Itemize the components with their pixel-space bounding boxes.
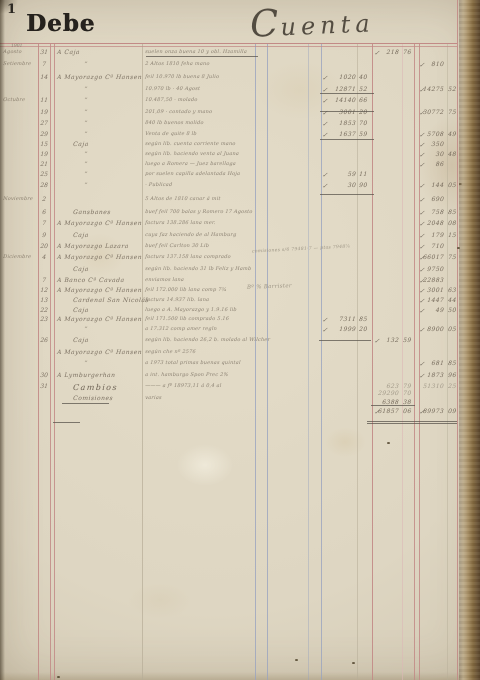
entry-description: luego a A. Mayorazgo y 1.9.16 lib bbox=[145, 307, 237, 313]
ledger-row: ”a 17.312 comp amer regln✓199920✓890005 bbox=[0, 326, 480, 337]
ledger-row: 23A Mayorazgo Cª Hansenfeil 171.500 lib … bbox=[0, 316, 480, 327]
ledger-row: 6Gansbanesbuef feil 700 balas y Romero 1… bbox=[0, 209, 480, 220]
entry-description: factura 137.158 lana comprado bbox=[145, 254, 231, 260]
entry-account: A Lymburgerhan bbox=[57, 372, 116, 379]
ink-speck bbox=[352, 662, 355, 664]
entry-account: A Mayorazgo Cª Hansen bbox=[57, 316, 142, 323]
entry-day: 19 bbox=[38, 109, 50, 116]
entry-description: según che nº 2576 bbox=[145, 349, 196, 355]
ink-underline bbox=[320, 93, 374, 94]
entry-description: a 17.312 comp amer regln bbox=[145, 326, 217, 332]
entry-day: 12 bbox=[38, 287, 50, 294]
entry-day: 7 bbox=[38, 277, 50, 284]
ledger-row: ”a 1973 total primas buenas quintal✓6818… bbox=[0, 360, 480, 371]
ledger-row: ”10.970 lb · 40 Agost✓1287152✓1427552 bbox=[0, 86, 480, 97]
ledger-row: 20A Mayorazgo Lazarabuef feil Carlton 30… bbox=[0, 243, 480, 254]
entry-account: A Mayorazgo Cª Hansen bbox=[57, 349, 142, 356]
entry-account: ” bbox=[57, 360, 115, 367]
ink-underline bbox=[320, 194, 374, 195]
entry-day: 13 bbox=[38, 297, 50, 304]
ledger-row: 30A Lymburgerhana int. hamburgo Spon Pre… bbox=[0, 372, 480, 383]
entry-day: 4 bbox=[38, 254, 50, 261]
amount-value: 3001 bbox=[280, 109, 356, 116]
amount-value: 1853 bbox=[280, 120, 356, 127]
ledger-row: 7A Mayorazgo Cª Hansenfactura 138.286 la… bbox=[0, 220, 480, 231]
entry-account: A Mayorazgo Cª Hansen bbox=[57, 287, 142, 294]
page-title-cuenta: Cuenta bbox=[249, 0, 375, 46]
entry-account: Caja bbox=[73, 141, 89, 148]
amount-value: 30772 bbox=[368, 109, 444, 116]
page-title-debe: Debe bbox=[26, 10, 95, 37]
entry-day: 11 bbox=[38, 97, 50, 104]
entry-account: Caja bbox=[73, 337, 89, 344]
amount-value: 30 bbox=[368, 151, 444, 158]
amount-value: 12871 bbox=[280, 86, 356, 93]
amount-value: 810 bbox=[368, 61, 444, 68]
entry-account: ” bbox=[57, 171, 115, 178]
ledger-row: A Mayorazgo Cª Hansensegún che nº 2576 bbox=[0, 349, 480, 360]
entry-description: luego a Romera — Juez barellaga bbox=[145, 161, 236, 167]
amount-value: 3001 bbox=[368, 287, 444, 294]
entry-description: cuya faz haciendo de al Hamburg bbox=[145, 232, 237, 238]
ink-underline bbox=[320, 139, 374, 140]
page-left-edge bbox=[0, 0, 5, 680]
amount-value: 144 bbox=[368, 182, 444, 189]
entry-description: 5 Altos de 1810 canar á mit bbox=[145, 196, 221, 202]
ledger-page: 1 Debe Cuenta 1901 Agosto31A Cajasuelen … bbox=[0, 0, 480, 680]
entry-account: Gansbanes bbox=[73, 209, 111, 216]
entry-description: feil 10.970 lb buena 8 Julio bbox=[145, 74, 219, 80]
header-rule-top bbox=[0, 43, 457, 44]
entry-description: 10.970 lb · 40 Agost bbox=[145, 86, 200, 92]
amount-value: 710 bbox=[368, 243, 444, 250]
entry-day: 25 bbox=[38, 171, 50, 178]
amount-value: 14140 bbox=[280, 97, 356, 104]
amount-value: 49 bbox=[368, 307, 444, 314]
entry-description: 840 lb buenos molido bbox=[145, 120, 204, 126]
entry-account: A Mayorazgo Cª Hansen bbox=[57, 254, 142, 261]
amount-value: 7311 bbox=[280, 316, 356, 323]
entry-month: Noviembre bbox=[3, 196, 38, 202]
entry-description: suelen onza buena 10 y obl. Hzamilla bbox=[145, 49, 247, 55]
header-rule-bottom bbox=[0, 46, 457, 47]
ledger-row: 28”· Publicad✓3090✓14405 bbox=[0, 182, 480, 193]
amount-value: 1873 bbox=[368, 372, 444, 379]
amount-value: 350 bbox=[368, 141, 444, 148]
ink-underline bbox=[53, 422, 80, 423]
amount-cents: 59 bbox=[403, 337, 415, 344]
ink-underline bbox=[320, 111, 374, 112]
entry-description: 2 Altos 1810 feha mano bbox=[145, 61, 210, 67]
entry-day: 21 bbox=[38, 161, 50, 168]
entry-account: A Banco Cª Cavada bbox=[57, 277, 125, 284]
entry-account: A Mayorazgo Cª Hansen bbox=[57, 220, 142, 227]
amount-value: 22883 bbox=[368, 277, 444, 284]
entry-day: 23 bbox=[38, 316, 50, 323]
entry-description: según lib. haciendo venta al Juana bbox=[145, 151, 239, 157]
amount-value: 690 bbox=[368, 196, 444, 203]
ledger-row: Cajasegún lib. haciendo 31 lb Feliz y Ha… bbox=[0, 266, 480, 277]
ink-underline bbox=[367, 423, 457, 424]
entry-month: Octubre bbox=[3, 97, 38, 103]
entry-day: 26 bbox=[38, 337, 50, 344]
book-fore-edge bbox=[459, 0, 480, 680]
ink-underline bbox=[367, 421, 457, 422]
ink-underline bbox=[62, 403, 109, 404]
entry-account: ” bbox=[57, 131, 115, 138]
entry-day: 15 bbox=[38, 141, 50, 148]
entry-account: ” bbox=[57, 86, 115, 93]
amount-cents: 40 bbox=[359, 74, 371, 81]
entry-day: 27 bbox=[38, 120, 50, 127]
entry-description: buef feil 700 balas y Romero 17 Agosto bbox=[145, 209, 253, 215]
entry-day: 30 bbox=[38, 372, 50, 379]
amount-value: 1999 bbox=[280, 326, 356, 333]
amount-value: 5708 bbox=[368, 131, 444, 138]
amount-cents: 70 bbox=[359, 120, 371, 127]
entry-account: A Caja bbox=[57, 49, 80, 56]
entry-day: 19 bbox=[38, 151, 50, 158]
ledger-row: 25”por suelen capilla adelantada Hoja✓59… bbox=[0, 171, 480, 182]
ink-underline bbox=[146, 56, 258, 57]
ledger-row: 14A Mayorazgo Cª Hansenfeil 10.970 lb bu… bbox=[0, 74, 480, 85]
entry-account: Caja bbox=[73, 232, 89, 239]
ledger-row: 19”201,09 · contado y mano✓300120✓307727… bbox=[0, 109, 480, 120]
amount-value: 66017 bbox=[368, 254, 444, 261]
amount-cents: 11 bbox=[359, 171, 371, 178]
entry-description: feil 172.000 lib lana comp 7¾ bbox=[145, 287, 227, 293]
amount-cents: 66 bbox=[359, 97, 371, 104]
entry-description: buef feil Carlton 30 Lib bbox=[145, 243, 209, 249]
amount-value: 59 bbox=[280, 171, 356, 178]
amount-value: 1637 bbox=[280, 131, 356, 138]
entry-month: Diciembre bbox=[3, 254, 38, 260]
entry-day: 31 bbox=[38, 383, 50, 390]
ink-underline bbox=[371, 405, 415, 406]
amount-value: 2048 bbox=[368, 220, 444, 227]
entry-description: factura 138.286 lana mer. bbox=[145, 220, 216, 226]
amount-value: 9750 bbox=[368, 266, 444, 273]
entry-description: feil 171.500 lib comprado 5.16 bbox=[145, 316, 229, 322]
pencil-annotation: Bº % Barrister bbox=[247, 283, 292, 291]
amount-value: 14275 bbox=[368, 86, 444, 93]
entry-account: ” bbox=[57, 151, 115, 158]
ledger-row: 27”840 lb buenos molido✓185370 bbox=[0, 120, 480, 131]
entry-day: 2 bbox=[38, 196, 50, 203]
amount-cents: 76 bbox=[403, 49, 415, 56]
amount-value: 218 bbox=[324, 49, 399, 56]
entry-account: A Mayorazgo Lazara bbox=[57, 243, 129, 250]
entry-description: según lib. cuenta corriente mano bbox=[145, 141, 236, 147]
page-number: 1 bbox=[7, 2, 16, 17]
entry-month: Setiembre bbox=[3, 61, 38, 67]
entry-account: Caja bbox=[73, 307, 89, 314]
amount-value: 681 bbox=[368, 360, 444, 367]
entry-day: 31 bbox=[38, 49, 50, 56]
amount-cents: 85 bbox=[359, 316, 371, 323]
entry-day: 20 bbox=[38, 243, 50, 250]
entry-description: según lib. haciendo 26,2 b. molado al Wi… bbox=[145, 337, 270, 343]
amount-value: 1447 bbox=[368, 297, 444, 304]
ledger-row: 7A Banco Cª Cavadaenviamos lana✓22883 bbox=[0, 277, 480, 288]
entry-account: ” bbox=[57, 182, 115, 189]
entry-day: 29 bbox=[38, 131, 50, 138]
entry-account: ” bbox=[57, 97, 115, 104]
amount-value: 758 bbox=[368, 209, 444, 216]
entry-day: 7 bbox=[38, 220, 50, 227]
ledger-row: Setiembre7”2 Altos 1810 feha mano✓810 bbox=[0, 61, 480, 72]
entry-day: 22 bbox=[38, 307, 50, 314]
entry-description: a 1973 total primas buenas quintal bbox=[145, 360, 241, 366]
ledger-row: 12A Mayorazgo Cª Hansenfeil 172.000 lib … bbox=[0, 287, 480, 298]
ledger-row: Diciembre4A Mayorazgo Cª Hansenfactura 1… bbox=[0, 254, 480, 265]
amount-value: 8900 bbox=[368, 326, 444, 333]
ledger-row: Octubre11”10.487,50 · molado✓1414066 bbox=[0, 97, 480, 108]
amount-value: 89973 bbox=[368, 408, 444, 415]
entry-description: enviamos lana bbox=[145, 277, 184, 283]
ink-underline bbox=[319, 340, 371, 341]
ledger-row: Noviembre25 Altos de 1810 canar á mit✓69… bbox=[0, 196, 480, 207]
entry-description: · Publicad bbox=[145, 182, 173, 188]
entry-account: Cardenal San Nicolás bbox=[73, 297, 149, 304]
amount-value: 30 bbox=[280, 182, 356, 189]
entry-description: según lib. haciendo 31 lb Feliz y Hamb bbox=[145, 266, 252, 272]
entry-account: Caja bbox=[73, 266, 89, 273]
entry-day: 9 bbox=[38, 232, 50, 239]
entry-account: ” bbox=[57, 120, 115, 127]
ink-speck bbox=[57, 676, 60, 678]
entry-description: Venta de quite 8 lb bbox=[145, 131, 197, 137]
entry-account: ” bbox=[57, 326, 115, 333]
entry-description: ——— a fº 18973,11 á 0,4 al bbox=[145, 383, 222, 389]
entry-account: A Mayorazgo Cª Hansen bbox=[57, 74, 142, 81]
amount-value: 1020 bbox=[280, 74, 356, 81]
amount-value: 179 bbox=[368, 232, 444, 239]
entry-day: 28 bbox=[38, 182, 50, 189]
ledger-row: 26Cajasegún lib. haciendo 26,2 b. molado… bbox=[0, 337, 480, 348]
ink-speck bbox=[387, 442, 390, 444]
entry-account: ” bbox=[57, 61, 115, 68]
ledger-row: Agosto31A Cajasuelen onza buena 10 y obl… bbox=[0, 49, 480, 60]
entry-account: ” bbox=[57, 161, 115, 168]
amount-value: 51310 bbox=[368, 383, 444, 390]
entry-month: Agosto bbox=[3, 49, 38, 55]
ink-speck bbox=[295, 659, 298, 661]
entry-account: ” bbox=[57, 109, 115, 116]
amount-value: 86 bbox=[368, 161, 444, 168]
entry-day: 7 bbox=[38, 61, 50, 68]
entry-description: factura 14.937 lib. lana bbox=[145, 297, 209, 303]
entry-description: 10.487,50 · molado bbox=[145, 97, 198, 103]
entry-day: 6 bbox=[38, 209, 50, 216]
entry-description: a int. hamburgo Spon Prec 2% bbox=[145, 372, 229, 378]
ledger-row: 29”Venta de quite 8 lb✓163759✓570849 bbox=[0, 131, 480, 142]
ledger-row: ✓6185706✓8997309 bbox=[0, 408, 480, 419]
entry-day: 14 bbox=[38, 74, 50, 81]
entry-description: 201,09 · contado y mano bbox=[145, 109, 212, 115]
ledger-row: 9Cajacuya faz haciendo de al Hamburg✓179… bbox=[0, 232, 480, 243]
entry-description: por suelen capilla adelantada Hoja bbox=[145, 171, 240, 177]
ledger-row: 13Cardenal San Nicolásfactura 14.937 lib… bbox=[0, 297, 480, 308]
